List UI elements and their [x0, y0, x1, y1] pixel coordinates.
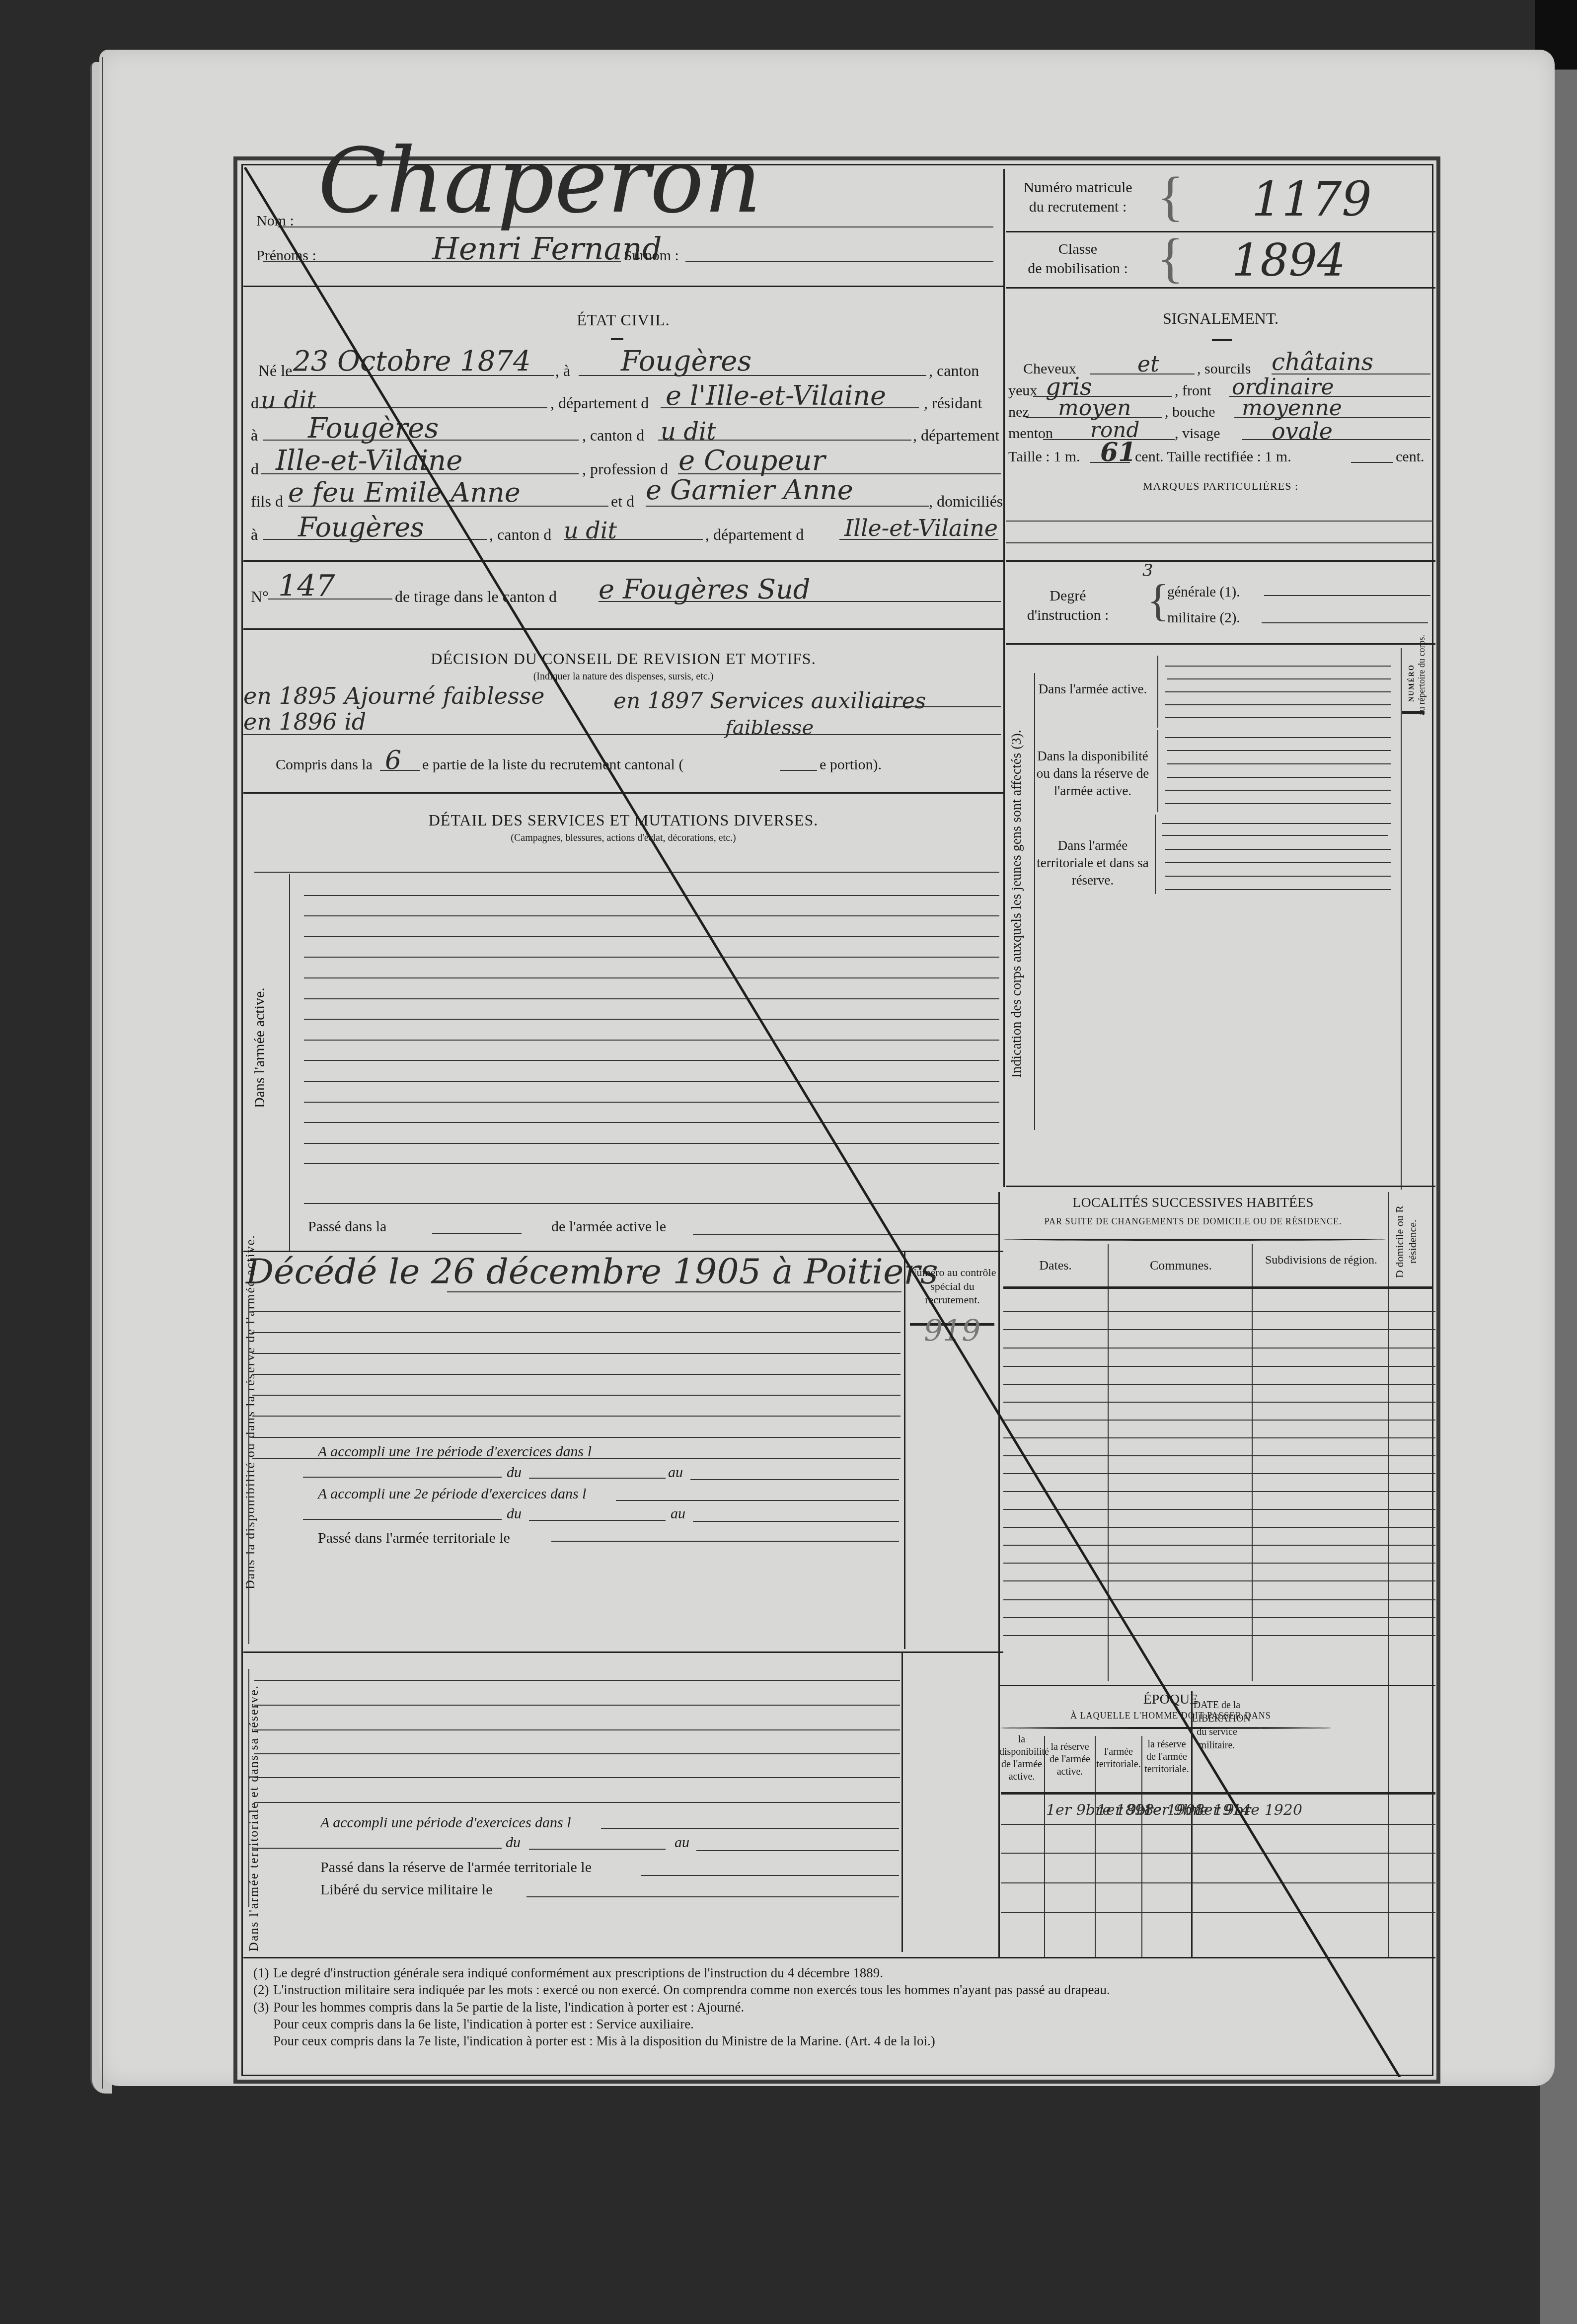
periode1-line[interactable]: [616, 1458, 899, 1459]
decision-rule: [243, 734, 1001, 735]
brace-section-2: [1157, 730, 1158, 812]
au-label-3: au: [675, 1835, 689, 1850]
decision-rule: [874, 706, 1001, 707]
active-line[interactable]: [304, 936, 999, 937]
section-dispo-label: Dans la disponibilité ou dans la réserve…: [1036, 748, 1150, 800]
passe-reserve-terr-label: Passé dans la réserve de l'armée territo…: [320, 1860, 592, 1875]
corps-line[interactable]: [1167, 678, 1391, 679]
libere-line[interactable]: [526, 1896, 899, 1897]
services-subtitle: (Campagnes, blessures, actions d'éclat, …: [243, 833, 1003, 843]
footnote-text: Pour ceux compris dans la 7e liste, l'in…: [273, 2033, 935, 2048]
passe-reserve-terr-line[interactable]: [641, 1875, 899, 1876]
res-dep-prefix: d: [251, 461, 259, 477]
terr-line[interactable]: [254, 1729, 900, 1730]
dispo-line[interactable]: [252, 1437, 901, 1438]
sourcils-value[interactable]: châtains: [1272, 350, 1373, 374]
mere-line: [646, 506, 929, 507]
dom-canton-value[interactable]: u dit: [564, 519, 617, 542]
active-line[interactable]: [304, 1143, 999, 1144]
active-line[interactable]: [304, 895, 999, 896]
corps-line[interactable]: [1165, 737, 1391, 738]
col-subdivisions: Subdivisions de région.: [1254, 1253, 1388, 1268]
periode1-label: A accompli une 1re période d'exercices d…: [318, 1444, 592, 1459]
localites-col-divider: [1108, 1244, 1109, 1681]
instruction-label: Degré d'instruction :: [1018, 586, 1118, 625]
generale-value[interactable]: 3: [1142, 562, 1153, 579]
services-rule: [254, 872, 999, 873]
active-line[interactable]: [304, 957, 999, 958]
numero-label-1: NUMÉRO: [1408, 651, 1417, 715]
footnote-1: (1)Le degré d'instruction générale sera …: [253, 1964, 1430, 1981]
divider: [1006, 231, 1435, 232]
periode2-au-line[interactable]: [693, 1521, 899, 1522]
marques-line[interactable]: [1006, 521, 1433, 522]
visage-value[interactable]: ovale: [1272, 420, 1333, 443]
corps-line[interactable]: [1165, 803, 1391, 804]
footnote-text: L'instruction militaire sera indiquée pa…: [273, 1982, 1110, 1997]
deces-note[interactable]: Décédé le 26 décembre 1905 à Poitiers: [246, 1254, 938, 1289]
localites-row[interactable]: [1003, 1384, 1435, 1385]
portion-line: [780, 770, 817, 771]
visage-line: [1242, 439, 1430, 440]
footnote-4: Pour ceux compris dans la 6e liste, l'in…: [253, 2016, 1430, 2032]
taille-label: Taille : 1 m.: [1008, 450, 1080, 464]
surnom-line: [685, 261, 993, 262]
corps-line[interactable]: [1165, 876, 1391, 877]
militaire-label: militaire (2).: [1167, 611, 1240, 625]
footnote-5: Pour ceux compris dans la 7e liste, l'in…: [253, 2032, 1430, 2049]
lieu-naissance-value[interactable]: Fougères: [621, 348, 751, 375]
dom-departement-label: , département d: [705, 526, 804, 542]
periode-terr-au-line[interactable]: [696, 1850, 899, 1851]
localites-row[interactable]: [1003, 1580, 1435, 1581]
section-territoriale-label: Dans l'armée territoriale et dans sa rés…: [1036, 837, 1150, 889]
surnom-label: Surnom :: [624, 248, 679, 263]
tirage-no-label: N°: [251, 589, 269, 604]
terr-line[interactable]: [254, 1753, 900, 1754]
affectation-brace: [1034, 673, 1035, 1130]
footnotes: (1)Le degré d'instruction générale sera …: [253, 1964, 1430, 2049]
nom-value[interactable]: Chaperon: [318, 137, 761, 226]
active-line[interactable]: [304, 1102, 999, 1103]
controle-divider: [904, 1252, 905, 1649]
nez-value[interactable]: moyen: [1058, 397, 1131, 419]
periode2-du-line[interactable]: [529, 1520, 666, 1521]
corps-line[interactable]: [1162, 823, 1391, 824]
localites-row[interactable]: [1003, 1366, 1435, 1367]
classe-brace: {: [1157, 230, 1184, 285]
localites-row[interactable]: [1003, 1635, 1435, 1636]
periode-terr-line[interactable]: [601, 1828, 899, 1829]
periode1-du-line[interactable]: [529, 1478, 666, 1479]
matricule-label-1: Numéro matricule: [1013, 178, 1142, 197]
passe-territoriale-label: Passé dans l'armée territoriale le: [318, 1531, 510, 1546]
localites-subtitle: PAR SUITE DE CHANGEMENTS DE DOMICILE OU …: [999, 1217, 1387, 1226]
localites-row[interactable]: [1003, 1545, 1435, 1546]
divider: [1006, 560, 1435, 562]
footnote-2: (2)L'instruction militaire sera indiquée…: [253, 1981, 1430, 1998]
active-line[interactable]: [304, 1040, 999, 1041]
decision-line-2[interactable]: en 1896 id: [243, 710, 366, 733]
dispo-line[interactable]: [252, 1395, 901, 1396]
brace-section-1: [1157, 656, 1158, 728]
brace-dispo: [248, 1301, 249, 1644]
footnote-num: (2): [253, 1981, 273, 1998]
localites-row[interactable]: [1003, 1402, 1435, 1403]
passe-territoriale-line[interactable]: [551, 1541, 899, 1542]
divider: [999, 1685, 1435, 1686]
compris-suffix: e partie de la liste du recrutement cant…: [422, 757, 683, 772]
dispo-line[interactable]: [252, 1374, 901, 1375]
services-title: DÉTAIL DES SERVICES ET MUTATIONS DIVERSE…: [243, 812, 1003, 828]
epoque-value-liberation[interactable]: 1er 9bre 1920: [1195, 1803, 1302, 1818]
localites-row[interactable]: [1003, 1437, 1435, 1438]
brace-section-3: [1155, 815, 1156, 894]
compris-value[interactable]: 6: [385, 748, 401, 773]
deces-line: [447, 1291, 901, 1292]
epoque-row-line[interactable]: [1001, 1912, 1435, 1913]
corps-line[interactable]: [1165, 666, 1391, 667]
active-line[interactable]: [304, 998, 999, 999]
localites-row[interactable]: [1003, 1527, 1435, 1528]
periode1-au-line[interactable]: [690, 1479, 899, 1480]
dom-a: à: [251, 526, 258, 542]
classe-label: Classe de mobilisation :: [1013, 239, 1142, 278]
footnote-3: (3)Pour les hommes compris dans la 5e pa…: [253, 1999, 1430, 2016]
periode-terr-du-line[interactable]: [529, 1849, 666, 1850]
terr-line[interactable]: [254, 1680, 900, 1681]
marques-line[interactable]: [1006, 542, 1433, 543]
visage-label: , visage: [1175, 426, 1220, 441]
decision-title: DÉCISION DU CONSEIL DE REVISION ET MOTIF…: [243, 651, 1003, 667]
instruction-label-2: d'instruction :: [1018, 605, 1118, 625]
localites-title: LOCALITÉS SUCCESSIVES HABITÉES: [999, 1196, 1387, 1210]
epoque-col-reserve-active: la réserve de l'armée active.: [1045, 1741, 1095, 1778]
epoque-title: ÉPOQUE: [999, 1693, 1342, 1707]
affectation-side-label: Indication des corps auxquels les jeunes…: [1008, 666, 1025, 1142]
taille-rect-line: [1351, 462, 1393, 463]
tirage-no-value[interactable]: 147: [278, 571, 335, 601]
matricule-value[interactable]: 1179: [1252, 176, 1372, 224]
divider: [1006, 643, 1435, 645]
active-line[interactable]: [304, 915, 999, 916]
ne-le-label: Né le: [258, 363, 292, 378]
matricule-brace: {: [1157, 169, 1184, 224]
periode1-du-line-left[interactable]: [303, 1477, 502, 1478]
dispo-line[interactable]: [252, 1416, 901, 1417]
tirage-label: de tirage dans le canton d: [395, 589, 557, 604]
dom-departement-value[interactable]: Ille-et-Vilaine: [844, 517, 998, 539]
divider: [243, 1957, 1435, 1958]
au-label-2: au: [671, 1506, 685, 1521]
localites-header-rule: [1003, 1286, 1433, 1289]
epoque-col-reserve-territoriale: la réserve de l'armée territoriale.: [1142, 1738, 1191, 1776]
active-line[interactable]: [304, 1203, 999, 1204]
col-dates: Dates.: [1003, 1259, 1108, 1272]
matricule-label: Numéro matricule du recrutement :: [1013, 178, 1142, 217]
decision-line-3[interactable]: en 1897 Services auxiliaires: [613, 690, 926, 712]
bouche-label: , bouche: [1165, 405, 1215, 420]
taille-value[interactable]: 61: [1100, 440, 1136, 465]
militaire-line[interactable]: [1262, 622, 1428, 623]
res-canton-value[interactable]: u dit: [661, 420, 716, 444]
localites-row[interactable]: [1003, 1455, 1435, 1456]
libere-label: Libéré du service militaire le: [320, 1882, 493, 1897]
terr-line[interactable]: [254, 1777, 900, 1778]
instruction-brace: {: [1147, 579, 1169, 623]
bouche-value[interactable]: moyenne: [1242, 397, 1342, 419]
generale-line[interactable]: [1264, 595, 1430, 596]
corps-line[interactable]: [1167, 750, 1391, 751]
res-dep-value[interactable]: Ille-et-Vilaine: [276, 447, 462, 475]
corps-line[interactable]: [1165, 849, 1391, 850]
decision-line-1[interactable]: en 1895 Ajourné faiblesse: [243, 684, 544, 707]
controle-value[interactable]: 919: [924, 1316, 981, 1346]
divider: [243, 1651, 1003, 1653]
divider: [243, 628, 1003, 630]
footnote-text: Pour les hommes compris dans la 5e parti…: [273, 2000, 744, 2015]
passe-date-line[interactable]: [693, 1234, 998, 1235]
compris-label: Compris dans la: [276, 757, 373, 772]
localites-row[interactable]: [1003, 1563, 1435, 1564]
dispo-line[interactable]: [252, 1332, 901, 1333]
column-divider-lower: [998, 1192, 1000, 1957]
fils-label: fils d: [251, 493, 283, 509]
localites-row[interactable]: [1003, 1509, 1435, 1510]
terr-line[interactable]: [254, 1705, 900, 1706]
passe-mid: de l'armée active le: [551, 1219, 666, 1234]
dom-canton-label: , canton d: [489, 526, 551, 542]
res-canton-label: , canton d: [582, 427, 644, 443]
active-line[interactable]: [304, 977, 999, 978]
passe-label: Passé dans la: [258, 1219, 386, 1234]
localites-row[interactable]: [1003, 1311, 1435, 1312]
localites-row[interactable]: [1003, 1491, 1435, 1492]
classe-label-2: de mobilisation :: [1013, 259, 1142, 278]
corps-line[interactable]: [1167, 777, 1391, 778]
periode2-line[interactable]: [616, 1500, 899, 1501]
corps-line[interactable]: [1165, 717, 1391, 718]
divider: [243, 286, 1003, 287]
footnote-num: (1): [253, 1964, 273, 1981]
du-label-2: du: [507, 1506, 522, 1521]
corps-line[interactable]: [1165, 691, 1391, 692]
du-label: du: [507, 1465, 522, 1480]
periode2-du-line-left[interactable]: [303, 1519, 502, 1520]
canton-value[interactable]: u dit: [261, 388, 316, 412]
dispo-line[interactable]: [252, 1353, 901, 1354]
cent-label: cent.: [1396, 450, 1424, 464]
corps-line[interactable]: [1165, 790, 1391, 791]
canton-prefix: d: [251, 395, 259, 411]
residant-a: à: [251, 427, 258, 443]
profession-value[interactable]: e Coupeur: [678, 447, 825, 475]
residant-label: , résidant: [924, 395, 982, 411]
corps-line[interactable]: [1165, 889, 1391, 890]
epoque-row-line[interactable]: [1001, 1882, 1435, 1883]
departement-label: , département d: [550, 395, 649, 411]
terr-line[interactable]: [254, 1802, 900, 1803]
localites-row[interactable]: [1003, 1348, 1435, 1349]
instruction-label-1: Degré: [1018, 586, 1118, 605]
periode-terr-du-left[interactable]: [253, 1848, 502, 1849]
corps-line[interactable]: [1162, 835, 1388, 836]
localites-row[interactable]: [1003, 1329, 1435, 1330]
epoque-subtitle: À LAQUELLE L'HOMME DOIT PASSER DANS: [999, 1711, 1342, 1720]
active-line[interactable]: [304, 1060, 999, 1061]
col-communes: Communes.: [1110, 1259, 1252, 1272]
passe-label-text: Passé dans la: [308, 1218, 386, 1235]
epoque-col-dispo: la disponibilité de l'armée active.: [999, 1733, 1044, 1783]
epoque-col-territoriale: l'armée territoriale.: [1096, 1746, 1141, 1771]
matricule-label-2: du recrutement :: [1013, 197, 1142, 217]
brace-territoriale: [248, 1669, 249, 1907]
footnote-text: Le degré d'instruction générale sera ind…: [273, 1965, 883, 1980]
domicilies-label: , domiciliés: [929, 493, 1003, 509]
active-line[interactable]: [304, 1122, 999, 1123]
localites-brace: [1003, 1239, 1386, 1241]
divider: [243, 560, 1003, 562]
et-de-label: et d: [611, 493, 634, 509]
footnote-text: Pour ceux compris dans la 6e liste, l'in…: [273, 2017, 694, 2031]
active-line[interactable]: [304, 1019, 999, 1020]
classe-label-1: Classe: [1013, 239, 1142, 259]
passe-line[interactable]: [432, 1233, 522, 1234]
dom-value[interactable]: Fougères: [298, 514, 424, 541]
mere-value[interactable]: e Garnier Anne: [646, 477, 853, 504]
tirage-canton-value[interactable]: e Fougères Sud: [599, 576, 810, 603]
du-label-3: du: [506, 1835, 521, 1850]
res-departement-label: , département: [913, 427, 999, 443]
numero-label: NUMÉRO au répertoire du corps.: [1408, 651, 1427, 715]
localites-col-divider: [1252, 1244, 1253, 1681]
generale-label: générale (1).: [1167, 585, 1240, 600]
a-label: , à: [555, 363, 570, 378]
epoque-col-liberation: DATE de la LIBÉRATION du service militai…: [1192, 1699, 1242, 1752]
au-label: au: [668, 1465, 683, 1480]
front-label: , front: [1175, 383, 1211, 398]
brace-active: [289, 874, 290, 1252]
divider: [1006, 1186, 1435, 1187]
dispo-line[interactable]: [252, 1311, 901, 1312]
col-domicile-residence: D domicile ou R résidence.: [1393, 1197, 1423, 1286]
divider: [243, 792, 1003, 794]
footnote-num: (3): [253, 1999, 273, 2016]
numero-rule: [1402, 711, 1425, 714]
canton-label: , canton: [929, 363, 979, 378]
portion-suffix: e portion).: [820, 757, 882, 772]
corps-line[interactable]: [1165, 862, 1391, 863]
etat-civil-title: ÉTAT CIVIL.: [243, 312, 1003, 328]
corps-line[interactable]: [1167, 763, 1391, 764]
localites-row[interactable]: [1003, 1473, 1435, 1474]
divider: [1006, 287, 1435, 289]
active-line[interactable]: [304, 1163, 999, 1164]
section-active-label: Dans l'armée active.: [1036, 680, 1150, 698]
taille-rect-label: cent. Taille rectifiée : 1 m.: [1135, 450, 1291, 464]
numero-divider: [1401, 648, 1402, 1190]
terr-right-divider: [901, 1651, 903, 1952]
side-label-active: Dans l'armée active.: [251, 894, 269, 1202]
column-divider-right: [1003, 169, 1005, 1187]
departement-value[interactable]: e l'Ille-et-Vilaine: [666, 382, 886, 409]
epoque-row-line[interactable]: [1001, 1853, 1435, 1854]
cheveux-value[interactable]: et: [1137, 354, 1159, 375]
epoque-brace: [1001, 1727, 1331, 1729]
title-rule: [1212, 339, 1232, 341]
localites-row[interactable]: [1003, 1617, 1435, 1618]
ne-le-value[interactable]: 23 Octobre 1874: [293, 348, 531, 375]
residant-value[interactable]: Fougères: [308, 415, 439, 443]
title-rule: [611, 338, 623, 340]
periode2-label: A accompli une 2e période d'exercices da…: [318, 1487, 586, 1501]
signalement-title: SIGNALEMENT.: [1006, 310, 1435, 326]
classe-value[interactable]: 1894: [1232, 238, 1346, 283]
active-line[interactable]: [304, 1081, 999, 1082]
localites-d-divider: [1388, 1192, 1389, 1957]
periode-terr-label: A accompli une période d'exercices dans …: [320, 1815, 571, 1830]
epoque-header-rule: [1001, 1792, 1435, 1795]
pere-value[interactable]: e feu Emile Anne: [288, 479, 521, 506]
localites-row[interactable]: [1003, 1599, 1435, 1600]
marques-title: MARQUES PARTICULIÈRES :: [1006, 481, 1435, 492]
controle-label: Numéro au contrôle spécial du recrutemen…: [906, 1266, 998, 1307]
page-stack-line: [102, 57, 113, 2089]
numero-label-2: au répertoire du corps.: [1417, 651, 1427, 715]
localites-row[interactable]: [1003, 1420, 1435, 1421]
corps-line[interactable]: [1165, 704, 1391, 705]
epoque-row-line[interactable]: [1001, 1824, 1435, 1825]
decision-subtitle: (Indiquer la nature des dispenses, sursi…: [243, 672, 1003, 681]
